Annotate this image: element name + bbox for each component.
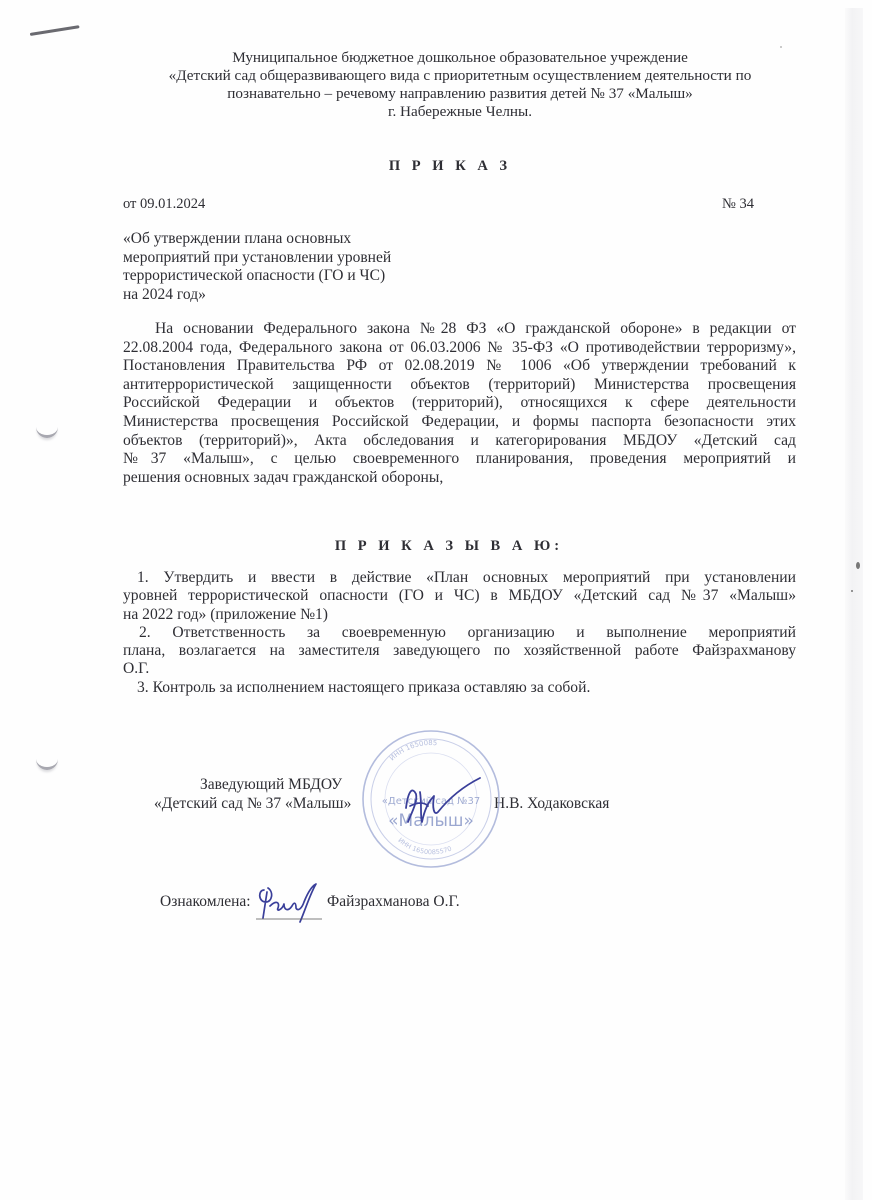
subject-line: мероприятий при установлении уровней — [123, 249, 391, 268]
svg-text:ИНН 1650085: ИНН 1650085 — [388, 739, 437, 763]
acknowledgement-signature — [254, 878, 324, 926]
scanned-page: Муниципальное бюджетное дошкольное образ… — [0, 0, 872, 1200]
page-edge-shadow — [845, 8, 863, 1200]
preamble-line: 22.08.2004 года, Федерального закона от … — [123, 339, 796, 358]
header-line: Муниципальное бюджетное дошкольное образ… — [130, 49, 790, 67]
signatory-role-line: Заведующий МБДОУ — [154, 776, 351, 795]
document-number: № 34 — [722, 196, 754, 213]
header-line: «Детский сад общеразвивающего вида с при… — [130, 67, 790, 85]
header-line: познавательно – речевому направлению раз… — [130, 85, 790, 103]
preamble-line: На основании Федерального закона №28 ФЗ … — [123, 320, 796, 339]
pen-mark — [30, 25, 80, 36]
preamble-line: Постановления Правительства РФ от 02.08.… — [123, 357, 796, 376]
order-item-2-line: 2. Ответственность за своевременную орга… — [123, 624, 796, 642]
acknowledgement-label: Ознакомлена: — [160, 893, 251, 911]
stamp-arc-text: ИНН 1650085 — [388, 739, 437, 763]
order-item-1-line: на 2022 год» (приложение №1) — [123, 606, 796, 624]
header-line: г. Набережные Челны. — [130, 103, 790, 121]
order-item-2-line: плана, возлагается на заместителя заведу… — [123, 642, 796, 660]
signatory-name: Н.В. Ходаковская — [494, 795, 609, 813]
scan-speck — [851, 590, 853, 592]
director-signature — [398, 772, 488, 832]
signatory-org-line: «Детский сад № 37 «Малыш» — [154, 795, 351, 814]
preamble-line: антитеррористической защищенности объект… — [123, 376, 796, 395]
institution-header: Муниципальное бюджетное дошкольное образ… — [130, 49, 790, 121]
preamble-line: объектов (территорий)», Акта обследовани… — [123, 432, 796, 451]
document-date: от 09.01.2024 — [123, 196, 205, 213]
order-heading: П Р И К А З Ы В А Ю: — [0, 538, 872, 555]
preamble-line: Министерства просвещения Российской Феде… — [123, 413, 796, 432]
acknowledgement: Ознакомлена: Файзрахманова О.Г. — [160, 893, 251, 911]
order-item-1-line: уровней террористической опасности (ГО и… — [123, 587, 796, 605]
preamble-line: №37 «Малыш», с целью своевременного план… — [123, 450, 796, 469]
preamble-line: решения основных задач гражданской оборо… — [123, 469, 796, 488]
order-item-1-line: 1. Утвердить и ввести в действие «План о… — [123, 569, 796, 587]
subject-line: «Об утверждении плана основных — [123, 230, 391, 249]
punch-hole-lower — [36, 757, 58, 770]
order-item-3-line: 3. Контроль за исполнением настоящего пр… — [123, 679, 796, 697]
order-item-2-line: О.Г. — [123, 660, 796, 678]
preamble-line: Российской Федерации и объектов (террито… — [123, 394, 796, 413]
preamble-paragraph: На основании Федерального закона №28 ФЗ … — [123, 320, 796, 487]
acknowledgement-name: Файзрахманова О.Г. — [327, 893, 460, 911]
document-title: П Р И К А З — [0, 158, 872, 175]
scan-speck — [780, 46, 782, 48]
punch-hole-upper — [36, 425, 58, 438]
subject-line: на 2024 год» — [123, 286, 391, 305]
order-items: 1. Утвердить и ввести в действие «План о… — [123, 569, 796, 697]
document-subject: «Об утверждении плана основных мероприят… — [123, 230, 391, 304]
scan-speck — [856, 562, 860, 569]
signatory-role: Заведующий МБДОУ «Детский сад № 37 «Малы… — [154, 776, 351, 813]
subject-line: террористической опасности (ГО и ЧС) — [123, 267, 391, 286]
